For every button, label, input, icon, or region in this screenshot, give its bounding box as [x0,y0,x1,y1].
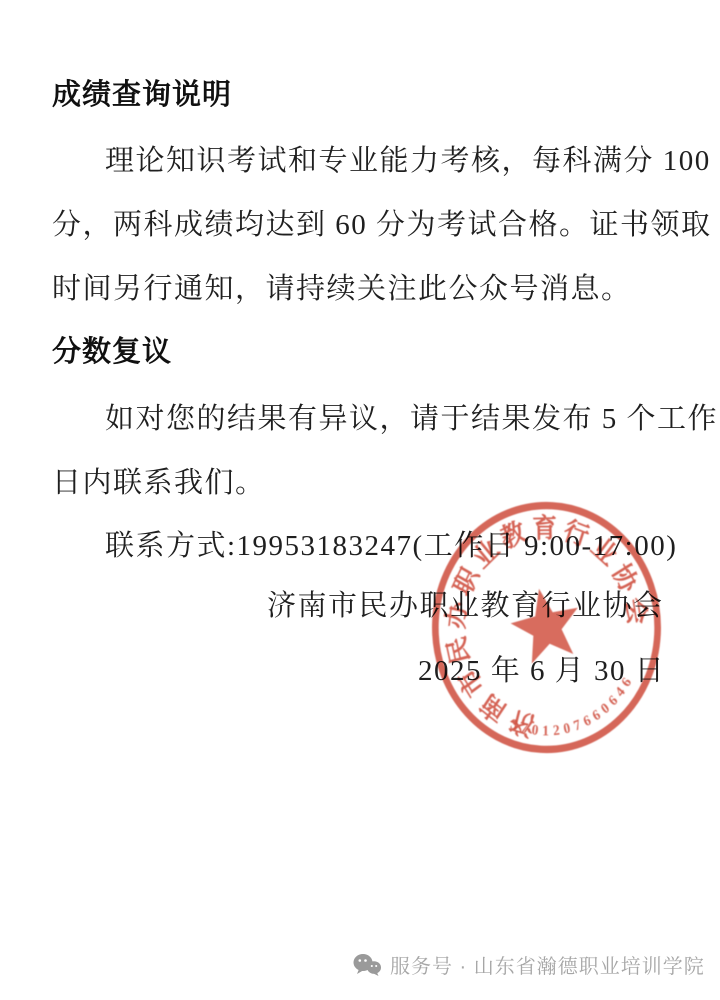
paragraph-line: 如对您的结果有异议，请于结果发布 5 个工作 [105,396,718,437]
svg-text:济: 济 [506,705,538,742]
signature-organization: 济南市民办职业教育行业协会 [267,583,664,624]
section-heading-score-inquiry: 成绩查询说明 [52,72,232,113]
svg-text:南: 南 [475,687,511,727]
svg-text:2: 2 [552,723,560,739]
wechat-icon [352,953,382,977]
paragraph-line: 时间另行通知，请持续关注此公众号消息。 [52,266,632,307]
svg-text:3: 3 [508,717,519,734]
svg-text:0: 0 [599,701,613,718]
svg-text:6: 6 [606,693,621,709]
wechat-account-label: 服务号 · 山东省瀚德职业培训学院 [390,950,705,979]
paragraph-line: 理论知识考试和专业能力考核，每科满分 100 [105,138,711,179]
signature-date: 2025 年 6 月 30 日 [418,648,665,689]
paragraph-line: 日内联系我们。 [52,460,266,501]
svg-text:6: 6 [590,707,603,724]
svg-text:0: 0 [531,723,539,739]
svg-text:0: 0 [562,721,572,738]
paragraph-line: 分，两科成绩均达到 60 分为考试合格。证书领取 [52,202,712,243]
wechat-account-watermark: 服务号 · 山东省瀚德职业培训学院 [352,950,705,979]
svg-text:6: 6 [581,713,593,730]
svg-text:1: 1 [542,724,549,740]
section-heading-score-review: 分数复议 [52,329,172,370]
svg-text:7: 7 [572,718,583,735]
svg-text:7: 7 [519,720,529,737]
contact-phone-line: 联系方式:19953183247(工作日 9:00-17:00) [105,523,677,564]
